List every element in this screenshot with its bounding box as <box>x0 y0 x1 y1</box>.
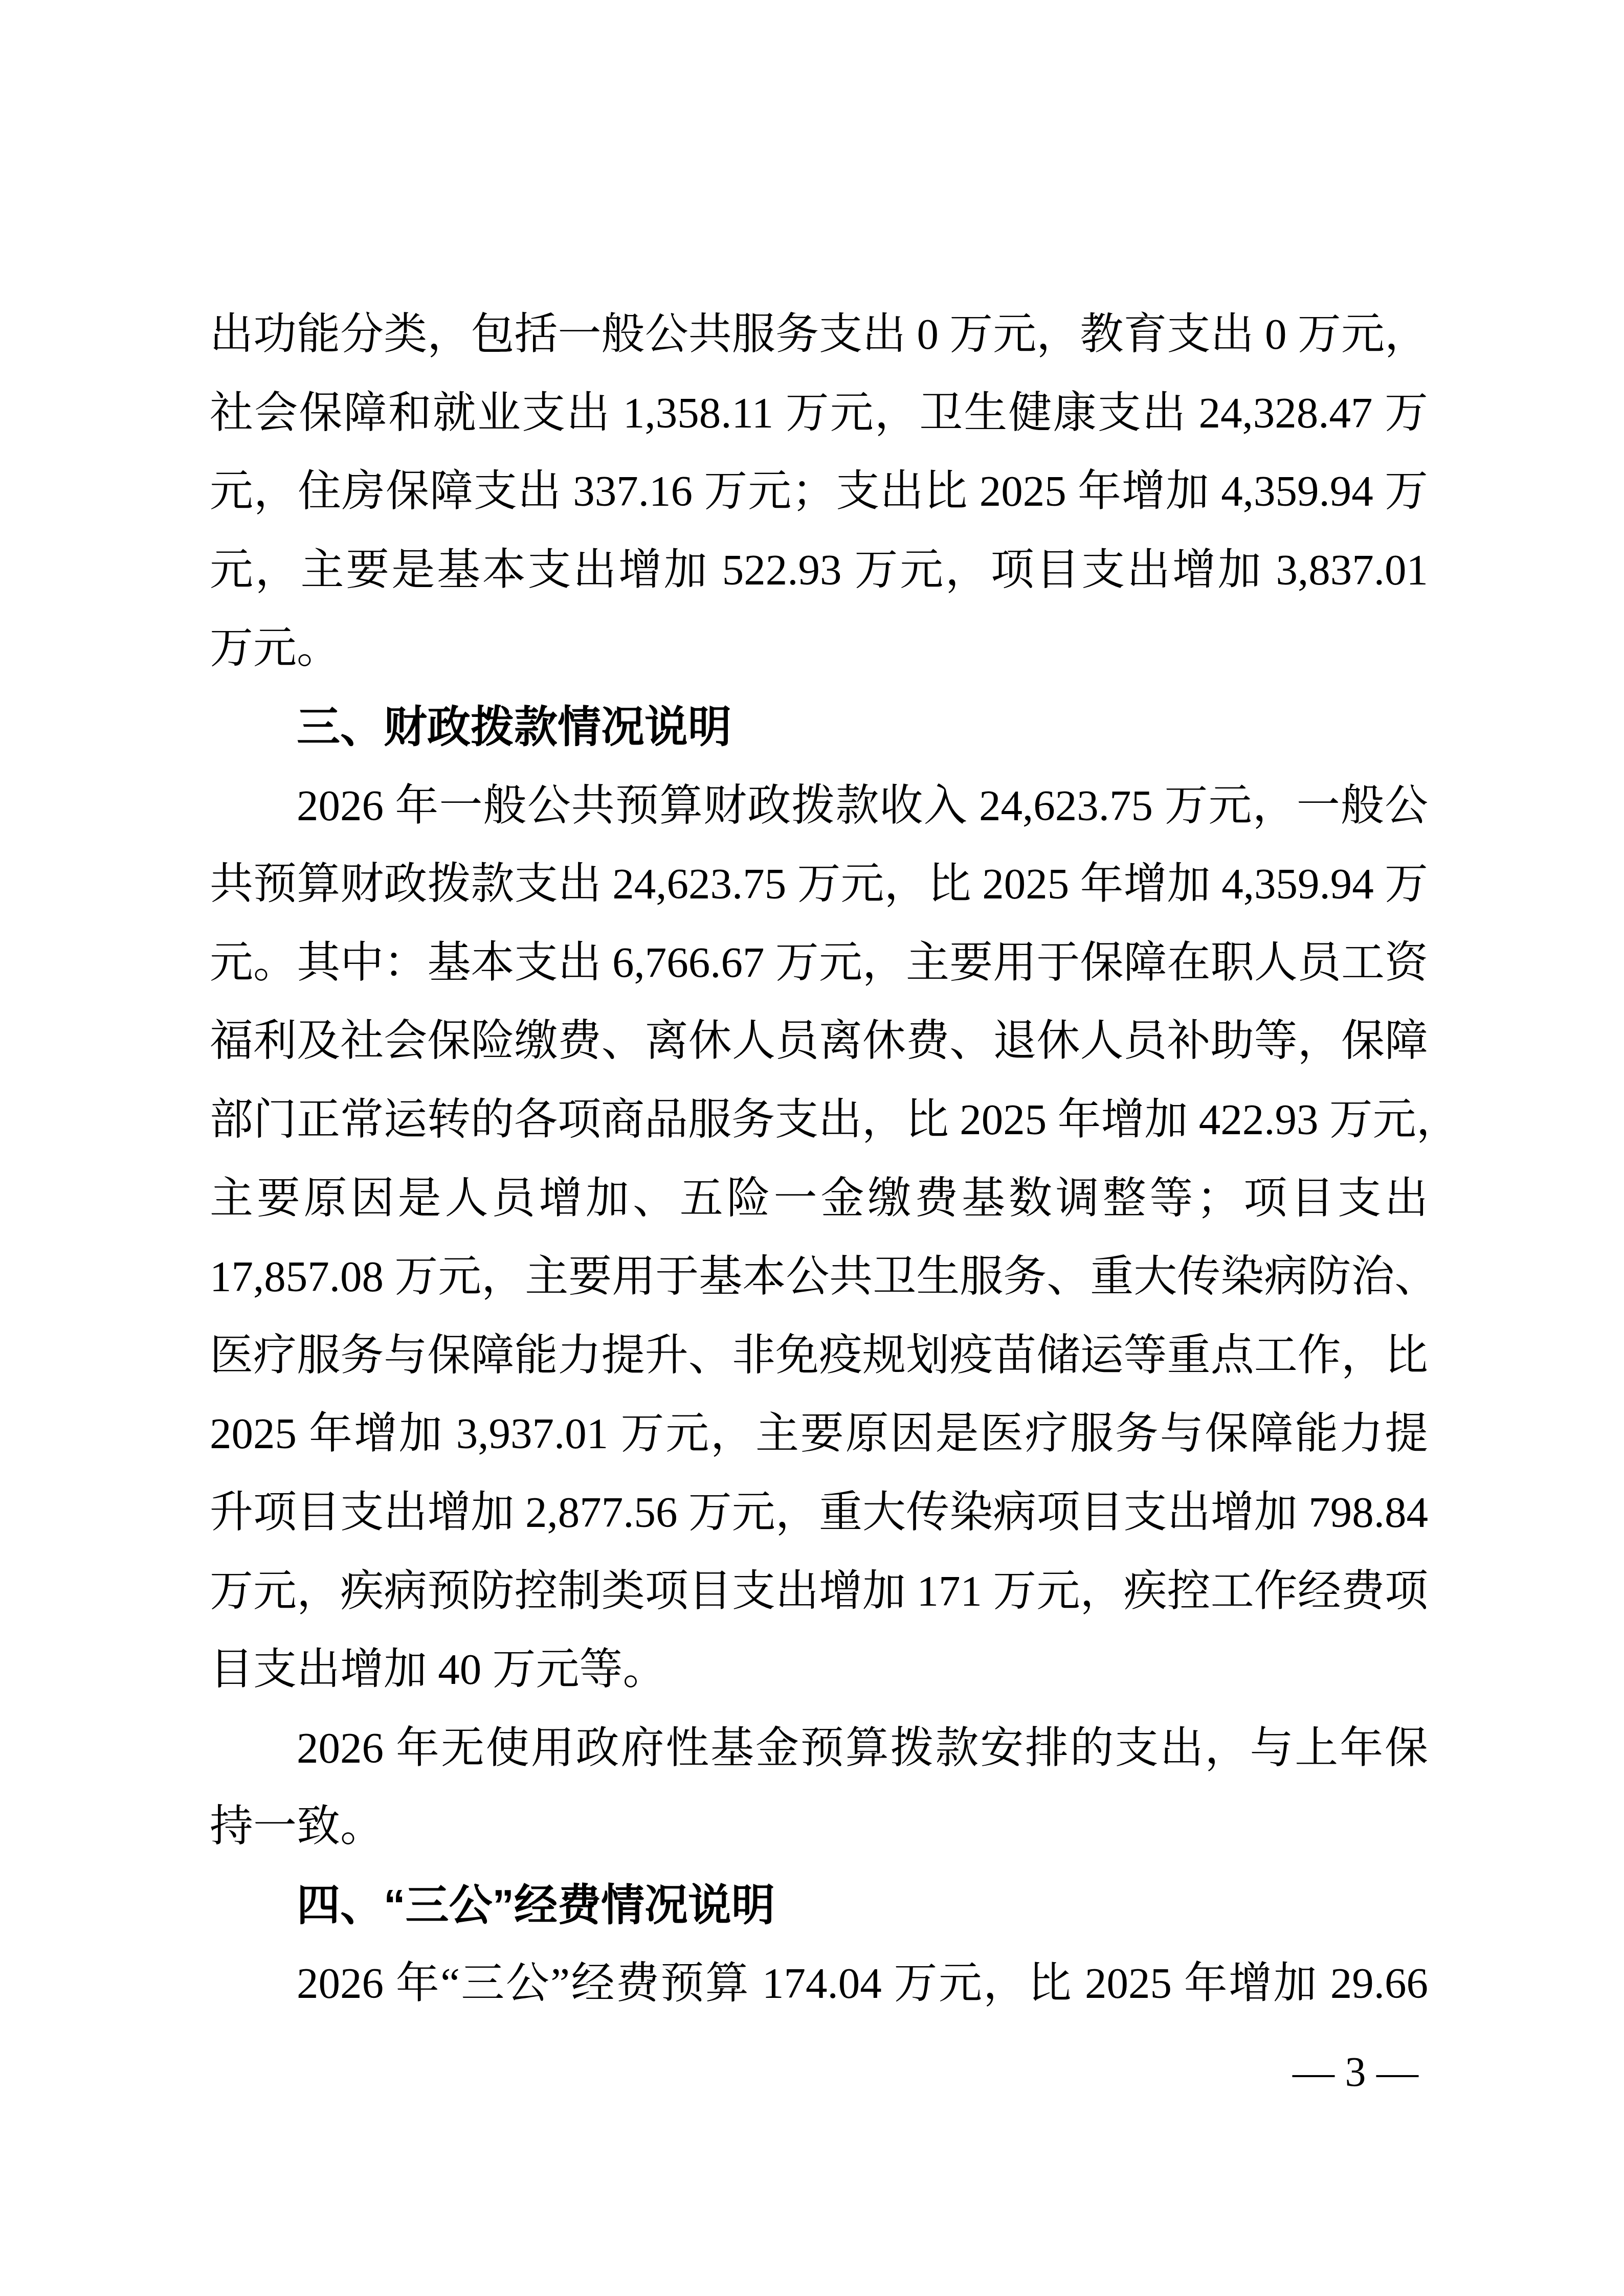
body-text-line: 部门正常运转的各项商品服务支出，比 2025 年增加 422.93 万元， <box>210 1081 1428 1160</box>
body-text-line: 元，住房保障支出 337.16 万元；支出比 2025 年增加 4,359.94… <box>210 453 1428 531</box>
body-text-line: 出功能分类，包括一般公共服务支出 0 万元，教育支出 0 万元， <box>210 296 1428 374</box>
body-text-line: 目支出增加 40 万元等。 <box>210 1631 1428 1709</box>
body-text-line: 2025 年增加 3,937.01 万元，主要原因是医疗服务与保障能力提 <box>210 1395 1428 1474</box>
section-heading: 四、“三公”经费情况说明 <box>210 1866 1428 1945</box>
document-body: 出功能分类，包括一般公共服务支出 0 万元，教育支出 0 万元，社会保障和就业支… <box>210 296 1428 2023</box>
body-text-line: 社会保障和就业支出 1,358.11 万元，卫生健康支出 24,328.47 万 <box>210 374 1428 453</box>
body-text-line: 元。其中：基本支出 6,766.67 万元，主要用于保障在职人员工资 <box>210 924 1428 1003</box>
body-text-line: 2026 年一般公共预算财政拨款收入 24,623.75 万元，一般公 <box>210 767 1428 846</box>
page-number: — 3 — <box>1293 2046 1418 2098</box>
body-text-line: 元，主要是基本支出增加 522.93 万元，项目支出增加 3,837.01 <box>210 531 1428 610</box>
body-text-line: 持一致。 <box>210 1788 1428 1866</box>
body-text-line: 福利及社会保险缴费、离休人员离休费、退休人员补助等，保障 <box>210 1002 1428 1081</box>
document-page: 出功能分类，包括一般公共服务支出 0 万元，教育支出 0 万元，社会保障和就业支… <box>0 0 1624 2296</box>
body-text-line: 万元，疾病预防控制类项目支出增加 171 万元，疾控工作经费项 <box>210 1552 1428 1631</box>
section-heading: 三、财政拨款情况说明 <box>210 688 1428 767</box>
body-text-line: 2026 年无使用政府性基金预算拨款安排的支出，与上年保 <box>210 1709 1428 1788</box>
body-text-line: 升项目支出增加 2,877.56 万元，重大传染病项目支出增加 798.84 <box>210 1474 1428 1552</box>
body-text-line: 主要原因是人员增加、五险一金缴费基数调整等；项目支出 <box>210 1160 1428 1239</box>
body-text-line: 共预算财政拨款支出 24,623.75 万元，比 2025 年增加 4,359.… <box>210 845 1428 924</box>
body-text-line: 2026 年“三公”经费预算 174.04 万元，比 2025 年增加 29.6… <box>210 1945 1428 2023</box>
body-text-line: 17,857.08 万元，主要用于基本公共卫生服务、重大传染病防治、 <box>210 1238 1428 1317</box>
body-text-line: 万元。 <box>210 610 1428 688</box>
body-text-line: 医疗服务与保障能力提升、非免疫规划疫苗储运等重点工作，比 <box>210 1317 1428 1395</box>
